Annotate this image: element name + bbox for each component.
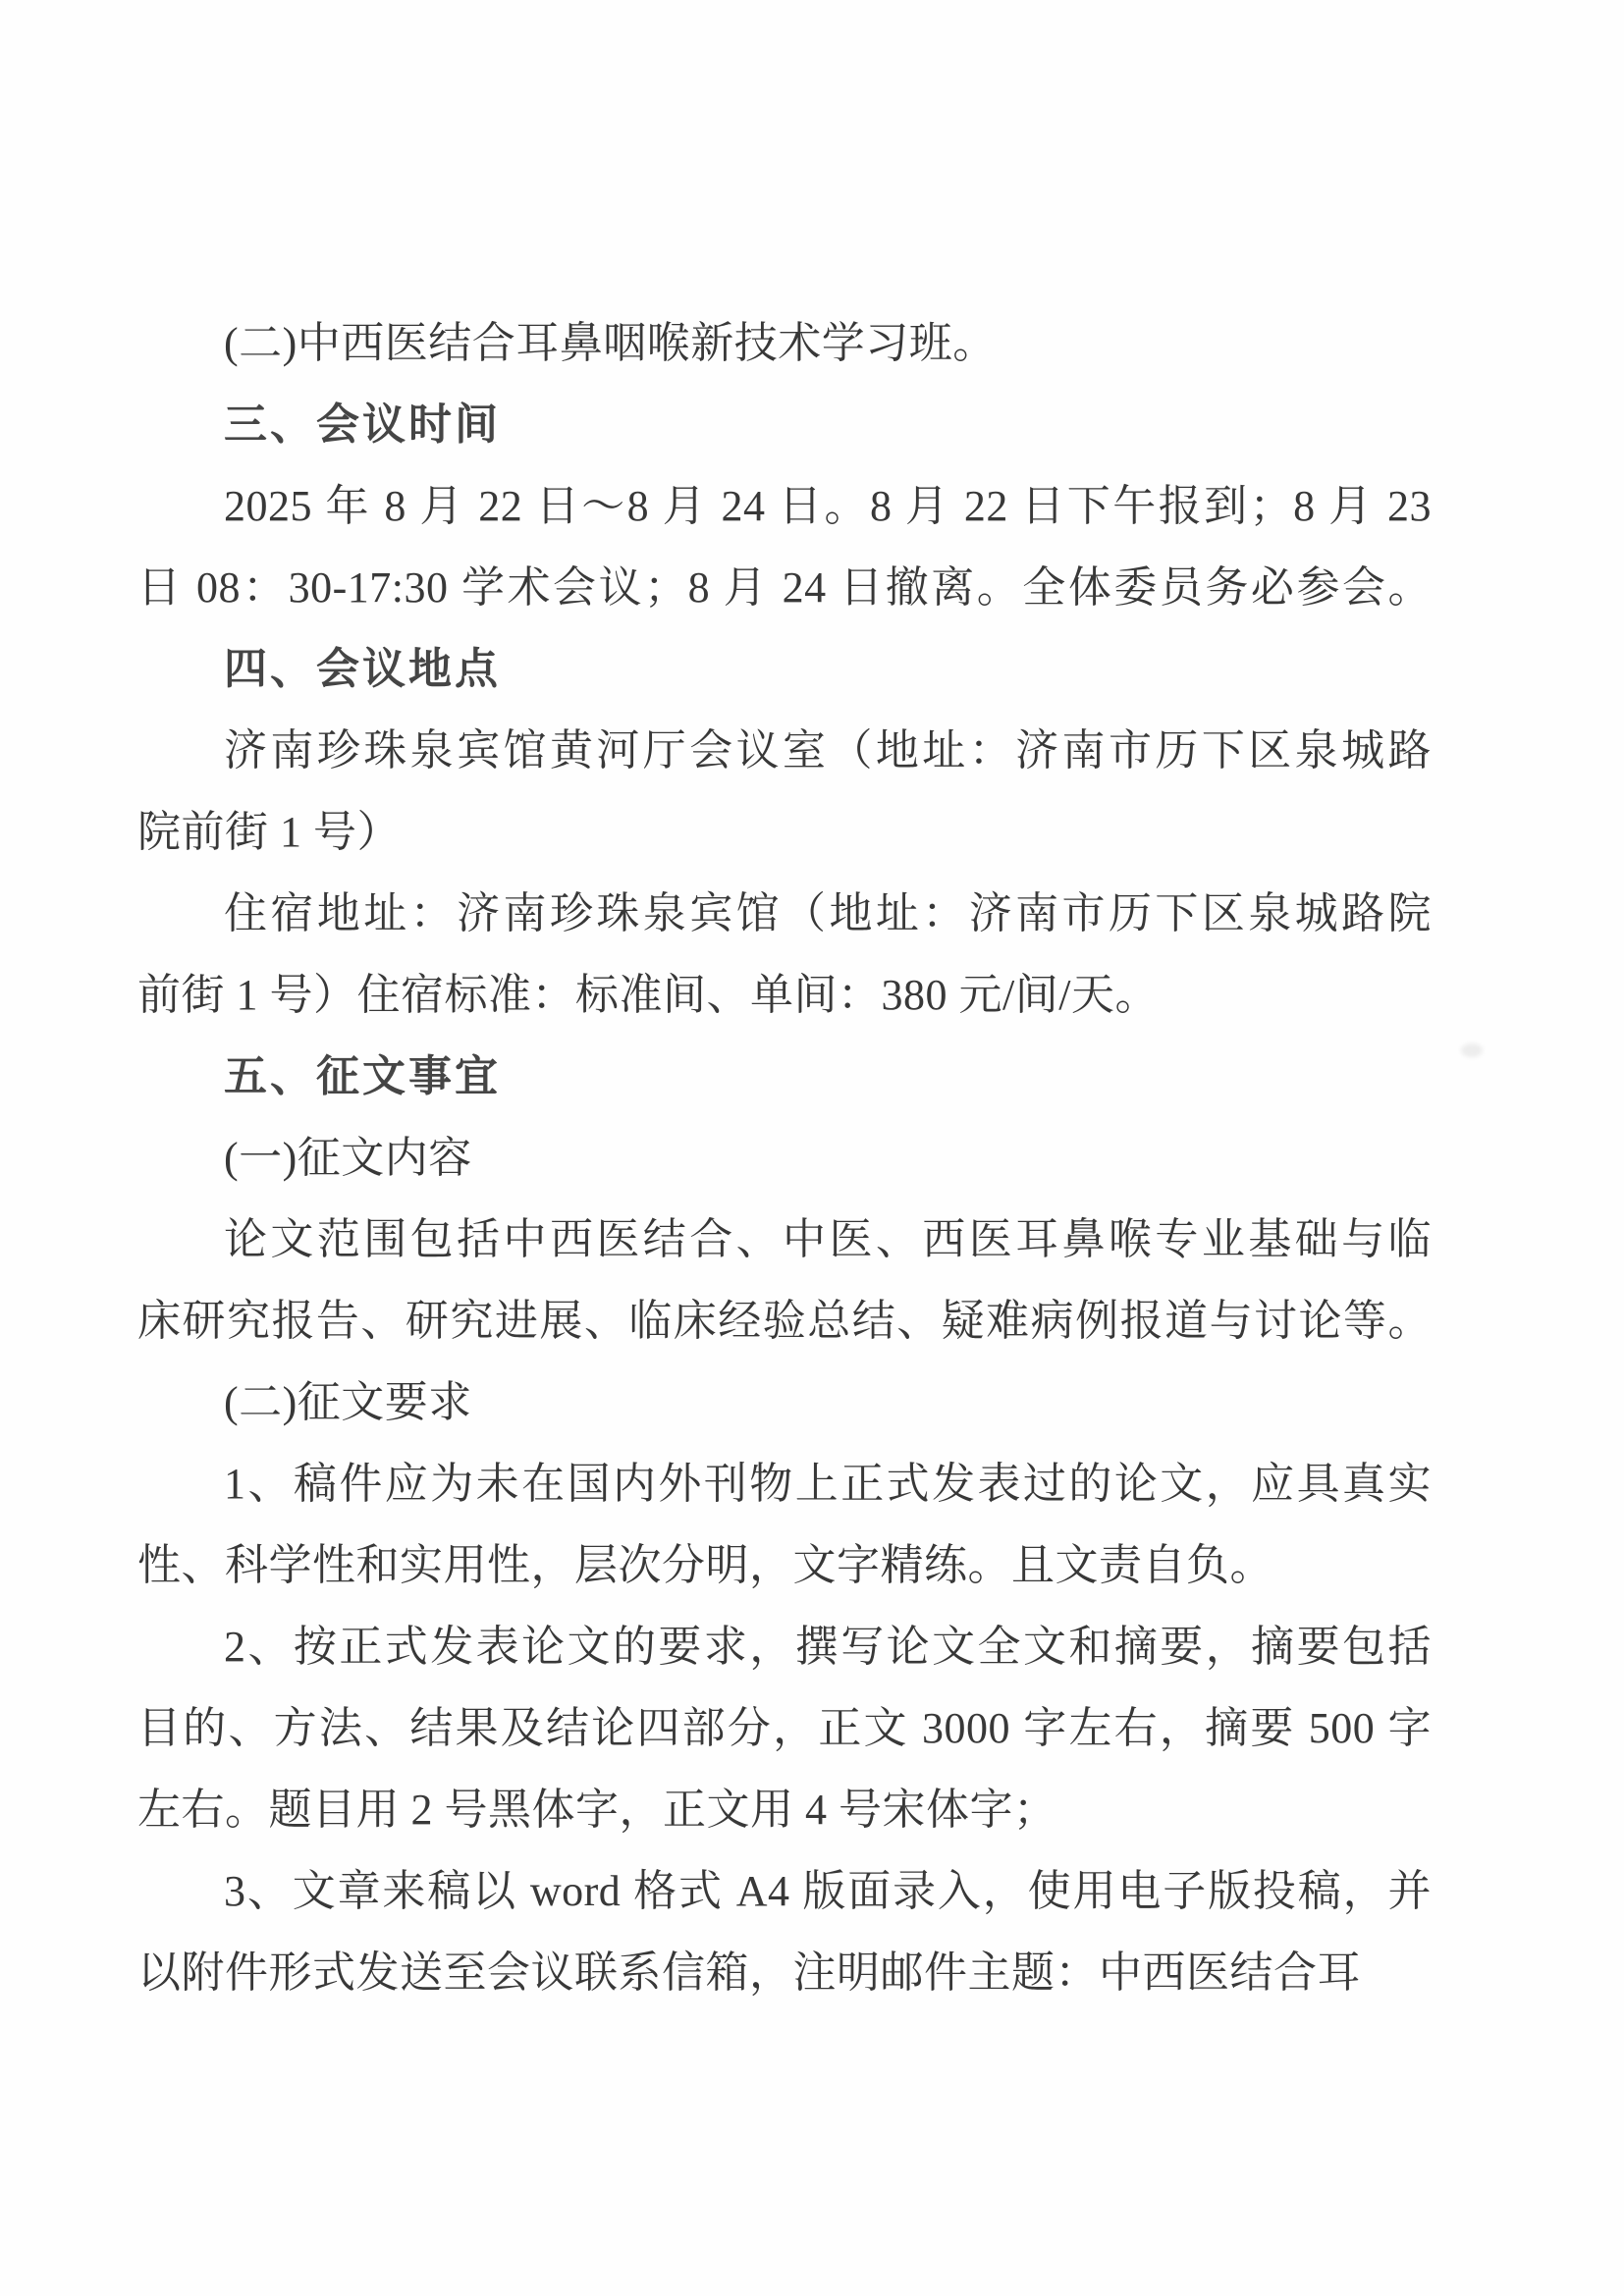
subheading-paper-requirements: (二)征文要求 [137,1362,1432,1443]
heading-meeting-venue: 四、会议地点 [137,628,1432,710]
requirement-2-text-line-3: 左右。题目用 2 号黑体字，正文用 4 号宋体字； [137,1769,1432,1850]
requirement-2-text-line-2: 目的、方法、结果及结论四部分，正文 3000 字左右，摘要 500 字 [137,1687,1432,1769]
heading-meeting-time: 三、会议时间 [137,384,1432,465]
accommodation-text-line-1: 住宿地址：济南珍珠泉宾馆（地址：济南市历下区泉城路院 [137,873,1432,954]
requirement-2-text-line-1: 2、按正式发表论文的要求，撰写论文全文和摘要，摘要包括 [137,1606,1432,1687]
subheading-paper-content: (一)征文内容 [137,1117,1432,1199]
requirement-3-text-line-2: 以附件形式发送至会议联系信箱，注明邮件主题：中西医结合耳 [137,1932,1432,2013]
accommodation-text-line-2: 前街 1 号）住宿标准：标准间、单间：380 元/间/天。 [137,954,1432,1036]
training-class-item: (二)中西医结合耳鼻咽喉新技术学习班。 [137,302,1432,384]
paper-scope-text-line-2: 床研究报告、研究进展、临床经验总结、疑难病例报道与讨论等。 [137,1280,1432,1362]
requirement-1-text-line-2: 性、科学性和实用性，层次分明，文字精练。且文责自负。 [137,1524,1432,1606]
scan-smudge [1461,1043,1483,1057]
requirement-3-text-line-1: 3、文章来稿以 word 格式 A4 版面录入，使用电子版投稿，并 [137,1850,1432,1932]
document-page: (二)中西医结合耳鼻咽喉新技术学习班。 三、会议时间 2025 年 8 月 22… [0,0,1624,2296]
heading-call-for-papers: 五、征文事宜 [137,1036,1432,1117]
venue-text-line-2: 院前街 1 号） [137,791,1432,873]
requirement-1-text-line-1: 1、稿件应为未在国内外刊物上正式发表过的论文，应具真实 [137,1443,1432,1524]
paper-scope-text-line-1: 论文范围包括中西医结合、中医、西医耳鼻喉专业基础与临 [137,1199,1432,1280]
venue-text-line-1: 济南珍珠泉宾馆黄河厅会议室（地址：济南市历下区泉城路 [137,710,1432,791]
meeting-time-text-line-1: 2025 年 8 月 22 日～8 月 24 日。8 月 22 日下午报到；8 … [137,465,1432,547]
document-text-block: (二)中西医结合耳鼻咽喉新技术学习班。 三、会议时间 2025 年 8 月 22… [137,302,1432,2013]
meeting-time-text-line-2: 日 08：30-17:30 学术会议；8 月 24 日撤离。全体委员务必参会。 [137,547,1432,628]
